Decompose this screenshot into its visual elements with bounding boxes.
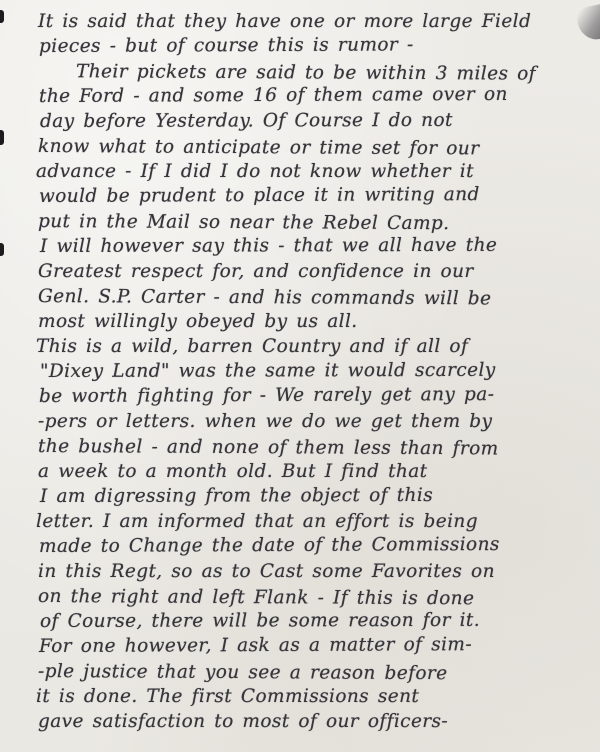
letter-body: It is said that they have one or more la… (38, 9, 594, 734)
letter-line: day before Yesterday. Of Course I do not (40, 108, 596, 134)
letter-line: gave satisfaction to most of our officer… (38, 709, 594, 734)
letter-line: in this Regt, so as to Cast some Favorit… (38, 559, 594, 584)
letter-line: of Course, there will be some reason for… (40, 608, 596, 634)
letter-line: Greatest respect for, and confidence in … (38, 259, 594, 284)
letter-line: the Ford - and some 16 of them came over… (39, 82, 595, 109)
letter-line: made to Change the date of the Commissio… (39, 532, 595, 559)
letter-line: letter. I am informed that an effort is … (36, 509, 592, 534)
letter-line: Genl. S.P. Carter - and his commands wil… (38, 284, 594, 312)
letter-line: It is said that they have one or more la… (38, 9, 594, 34)
letter-line: "Dixey Land" was the same it would scarc… (40, 358, 596, 384)
letter-line: -ple justice that you see a reason befor… (38, 659, 594, 687)
letter-line: pieces - but of course this is rumor - (39, 32, 595, 59)
letter-line: most willingly obeyed by us all. (38, 309, 594, 334)
letter-line: would be prudent to place it in writing … (39, 182, 595, 209)
letter-line: -pers or letters. when we do we get them… (38, 409, 594, 434)
scan-artifact-edge (0, 243, 4, 256)
letter-line: it is done. The first Commissions sent (36, 684, 592, 709)
letter-line: know what to anticipate or time set for … (38, 134, 594, 162)
letter-line: be worth fighting for - We rarely get an… (39, 382, 595, 409)
letter-line: a week to a month old. But I find that (38, 459, 594, 484)
scan-artifact-edge (0, 10, 4, 23)
letter-line: I will however say this - that we all ha… (40, 233, 596, 259)
scan-artifact-edge (0, 130, 4, 145)
letter-line: For one however, I ask as a matter of si… (39, 632, 595, 659)
letter-line: I am digressing from the object of this (40, 483, 596, 509)
letter-line: advance - If I did I do not know whether… (36, 159, 592, 184)
letter-line: This is a wild, barren Country and if al… (36, 334, 592, 359)
letter-line: the bushel - and none of them less than … (38, 434, 594, 462)
